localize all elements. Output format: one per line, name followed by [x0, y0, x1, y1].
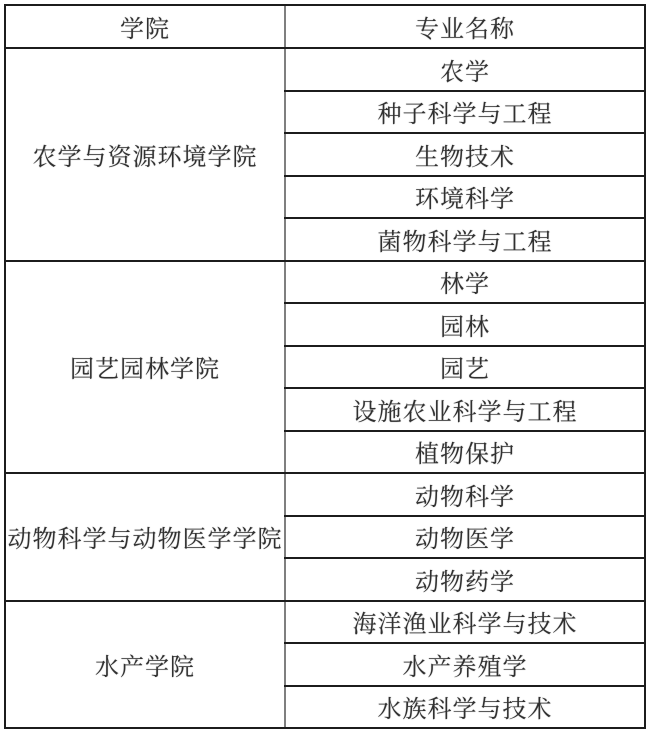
major-cell: 环境科学: [285, 176, 645, 219]
college-major-table: 学院 专业名称 农学与资源环境学院农学种子科学与工程生物技术环境科学菌物科学与工…: [4, 4, 646, 729]
major-cell: 动物医学: [285, 516, 645, 559]
column-header-major: 专业名称: [285, 5, 645, 48]
table-header: 学院 专业名称: [5, 5, 645, 48]
major-cell: 园艺: [285, 346, 645, 389]
major-cell: 动物药学: [285, 558, 645, 601]
major-cell: 园林: [285, 303, 645, 346]
college-cell: 园艺园林学院: [5, 261, 285, 474]
major-cell: 水产养殖学: [285, 643, 645, 686]
college-cell: 动物科学与动物医学学院: [5, 473, 285, 601]
major-cell: 生物技术: [285, 133, 645, 176]
major-cell: 设施农业科学与工程: [285, 388, 645, 431]
college-cell: 水产学院: [5, 601, 285, 729]
major-cell: 水族科学与技术: [285, 686, 645, 729]
table-row: 园艺园林学院林学: [5, 261, 645, 304]
table-row: 农学与资源环境学院农学: [5, 48, 645, 91]
scanned-document-page: 学院 专业名称 农学与资源环境学院农学种子科学与工程生物技术环境科学菌物科学与工…: [0, 0, 648, 734]
table-row: 水产学院海洋渔业科学与技术: [5, 601, 645, 644]
major-cell: 海洋渔业科学与技术: [285, 601, 645, 644]
major-cell: 种子科学与工程: [285, 91, 645, 134]
column-header-college: 学院: [5, 5, 285, 48]
major-cell: 农学: [285, 48, 645, 91]
major-cell: 植物保护: [285, 431, 645, 474]
major-cell: 动物科学: [285, 473, 645, 516]
major-cell: 菌物科学与工程: [285, 218, 645, 261]
header-row: 学院 专业名称: [5, 5, 645, 48]
college-cell: 农学与资源环境学院: [5, 48, 285, 261]
table-row: 动物科学与动物医学学院动物科学: [5, 473, 645, 516]
table-body: 农学与资源环境学院农学种子科学与工程生物技术环境科学菌物科学与工程园艺园林学院林…: [5, 48, 645, 728]
major-cell: 林学: [285, 261, 645, 304]
